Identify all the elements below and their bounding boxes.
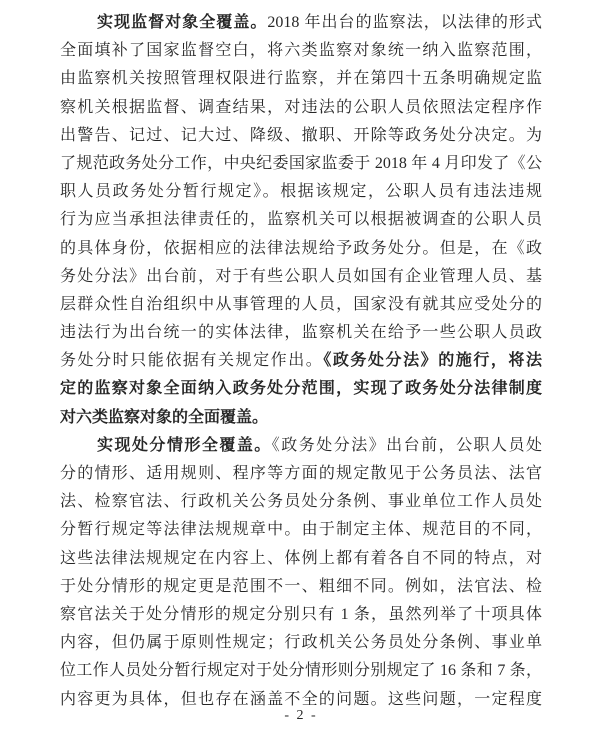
- text-run: 内容，但仍属于原则性规定；行政机关公务员处分条例、事业单: [60, 634, 542, 651]
- text-line-16: 实现处分情形全覆盖。《政务处分法》出台前，公职人员处: [60, 432, 542, 460]
- text-line-20: 这些法律法规规定在内容上、体例上都有着各自不同的特点，对: [60, 545, 542, 573]
- bold-text-run: 对六类监察对象的全面覆盖。: [60, 409, 268, 426]
- text-line-19: 分暂行规定等法律法规规章中。由于制定主体、规范目的不同，: [60, 516, 542, 544]
- text-run: 2018 年出台的监察法，以法律的形式: [267, 14, 542, 31]
- text-line-22: 察官法关于处分情形的规定分别只有 1 条，虽然列举了十项具体: [60, 601, 542, 629]
- text-run: 分的情形、适用规则、程序等方面的规定散见于公务员法、法官: [60, 465, 542, 482]
- text-run: 这些法律法规规定在内容上、体例上都有着各自不同的特点，对: [60, 550, 542, 567]
- text-run: 出警告、记过、记大过、降级、撤职、开除等政务处分决定。为: [60, 127, 542, 144]
- text-line-17: 分的情形、适用规则、程序等方面的规定散见于公务员法、法官: [60, 460, 542, 488]
- text-line-4: 察机关根据监督、调查结果，对违法的公职人员依照法定程序作: [60, 94, 542, 122]
- text-run: 位工作人员处分暂行规定对于处分情形则分别规定了 16 条和 7 条，: [60, 662, 542, 679]
- text-line-23: 内容，但仍属于原则性规定；行政机关公务员处分条例、事业单: [60, 629, 542, 657]
- text-run: 分暂行规定等法律法规规章中。由于制定主体、规范目的不同，: [60, 521, 542, 538]
- text-run: 察官法关于处分情形的规定分别只有 1 条，虽然列举了十项具体: [60, 606, 542, 623]
- text-run: 行为应当承担法律责任的，监察机关可以根据被调查的公职人员: [60, 211, 542, 228]
- text-line-11: 层群众性自治组织中从事管理的人员，国家没有就其应受处分的: [60, 291, 542, 319]
- text-run: 的具体身份，依据相应的法律法规给予政务处分。但是，在《政: [60, 240, 542, 257]
- bold-text-run: 实现处分情形全覆盖。: [97, 437, 272, 454]
- document-page: 实现监督对象全覆盖。2018 年出台的监察法，以法律的形式全面填补了国家监督空白…: [0, 0, 602, 729]
- text-run: 于处分情形的规定更是范围不一、粗细不同。例如，法官法、检: [60, 578, 542, 595]
- text-line-9: 的具体身份，依据相应的法律法规给予政务处分。但是，在《政: [60, 235, 542, 263]
- text-line-2: 全面填补了国家监督空白，将六类监察对象统一纳入监察范围，: [60, 37, 542, 65]
- page-body: 实现监督对象全覆盖。2018 年出台的监察法，以法律的形式全面填补了国家监督空白…: [60, 9, 542, 714]
- text-run: 务处分法》出台前，对于有些公职人员如国有企业管理人员、基: [60, 268, 542, 285]
- text-line-7: 职人员政务处分暂行规定》。根据该规定，公职人员有违法违规: [60, 178, 542, 206]
- text-run: 违法行为出台统一的实体法律，监察机关在给予一些公职人员政: [60, 324, 542, 341]
- text-line-5: 出警告、记过、记大过、降级、撤职、开除等政务处分决定。为: [60, 122, 542, 150]
- text-line-6: 了规范政务处分工作，中央纪委国家监委于 2018 年 4 月印发了《公: [60, 150, 542, 178]
- text-run: 了规范政务处分工作，中央纪委国家监委于 2018 年 4 月印发了《公: [60, 155, 542, 172]
- bold-text-run: 《政务处分法》的施行，将法: [323, 352, 542, 369]
- text-run: 全面填补了国家监督空白，将六类监察对象统一纳入监察范围，: [60, 42, 542, 59]
- bold-text-run: 实现监督对象全覆盖。: [97, 14, 267, 31]
- text-run: 察机关根据监督、调查结果，对违法的公职人员依照法定程序作: [60, 99, 542, 116]
- text-line-21: 于处分情形的规定更是范围不一、粗细不同。例如，法官法、检: [60, 573, 542, 601]
- text-run: 由监察机关按照管理权限进行监察，并在第四十五条明确规定监: [60, 70, 542, 87]
- text-line-1: 实现监督对象全覆盖。2018 年出台的监察法，以法律的形式: [60, 9, 542, 37]
- text-line-24: 位工作人员处分暂行规定对于处分情形则分别规定了 16 条和 7 条，: [60, 657, 542, 685]
- text-line-18: 法、检察官法、行政机关公务员处分条例、事业单位工作人员处: [60, 488, 542, 516]
- text-run: 《政务处分法》出台前，公职人员处: [272, 437, 542, 454]
- text-run: 层群众性自治组织中从事管理的人员，国家没有就其应受处分的: [60, 296, 542, 313]
- text-run: 务处分时只能依据有关规定作出。: [60, 352, 323, 369]
- text-line-3: 由监察机关按照管理权限进行监察，并在第四十五条明确规定监: [60, 65, 542, 93]
- bold-text-run: 定的监察对象全面纳入政务处分范围，实现了政务处分法律制度: [60, 380, 542, 397]
- text-line-12: 违法行为出台统一的实体法律，监察机关在给予一些公职人员政: [60, 319, 542, 347]
- text-line-13: 务处分时只能依据有关规定作出。《政务处分法》的施行，将法: [60, 347, 542, 375]
- page-number: - 2 -: [0, 704, 602, 728]
- text-run: 法、检察官法、行政机关公务员处分条例、事业单位工作人员处: [60, 493, 542, 510]
- text-line-8: 行为应当承担法律责任的，监察机关可以根据被调查的公职人员: [60, 206, 542, 234]
- text-line-14: 定的监察对象全面纳入政务处分范围，实现了政务处分法律制度: [60, 375, 542, 403]
- text-line-15: 对六类监察对象的全面覆盖。: [60, 404, 542, 432]
- text-run: 职人员政务处分暂行规定》。根据该规定，公职人员有违法违规: [60, 183, 542, 200]
- text-line-10: 务处分法》出台前，对于有些公职人员如国有企业管理人员、基: [60, 263, 542, 291]
